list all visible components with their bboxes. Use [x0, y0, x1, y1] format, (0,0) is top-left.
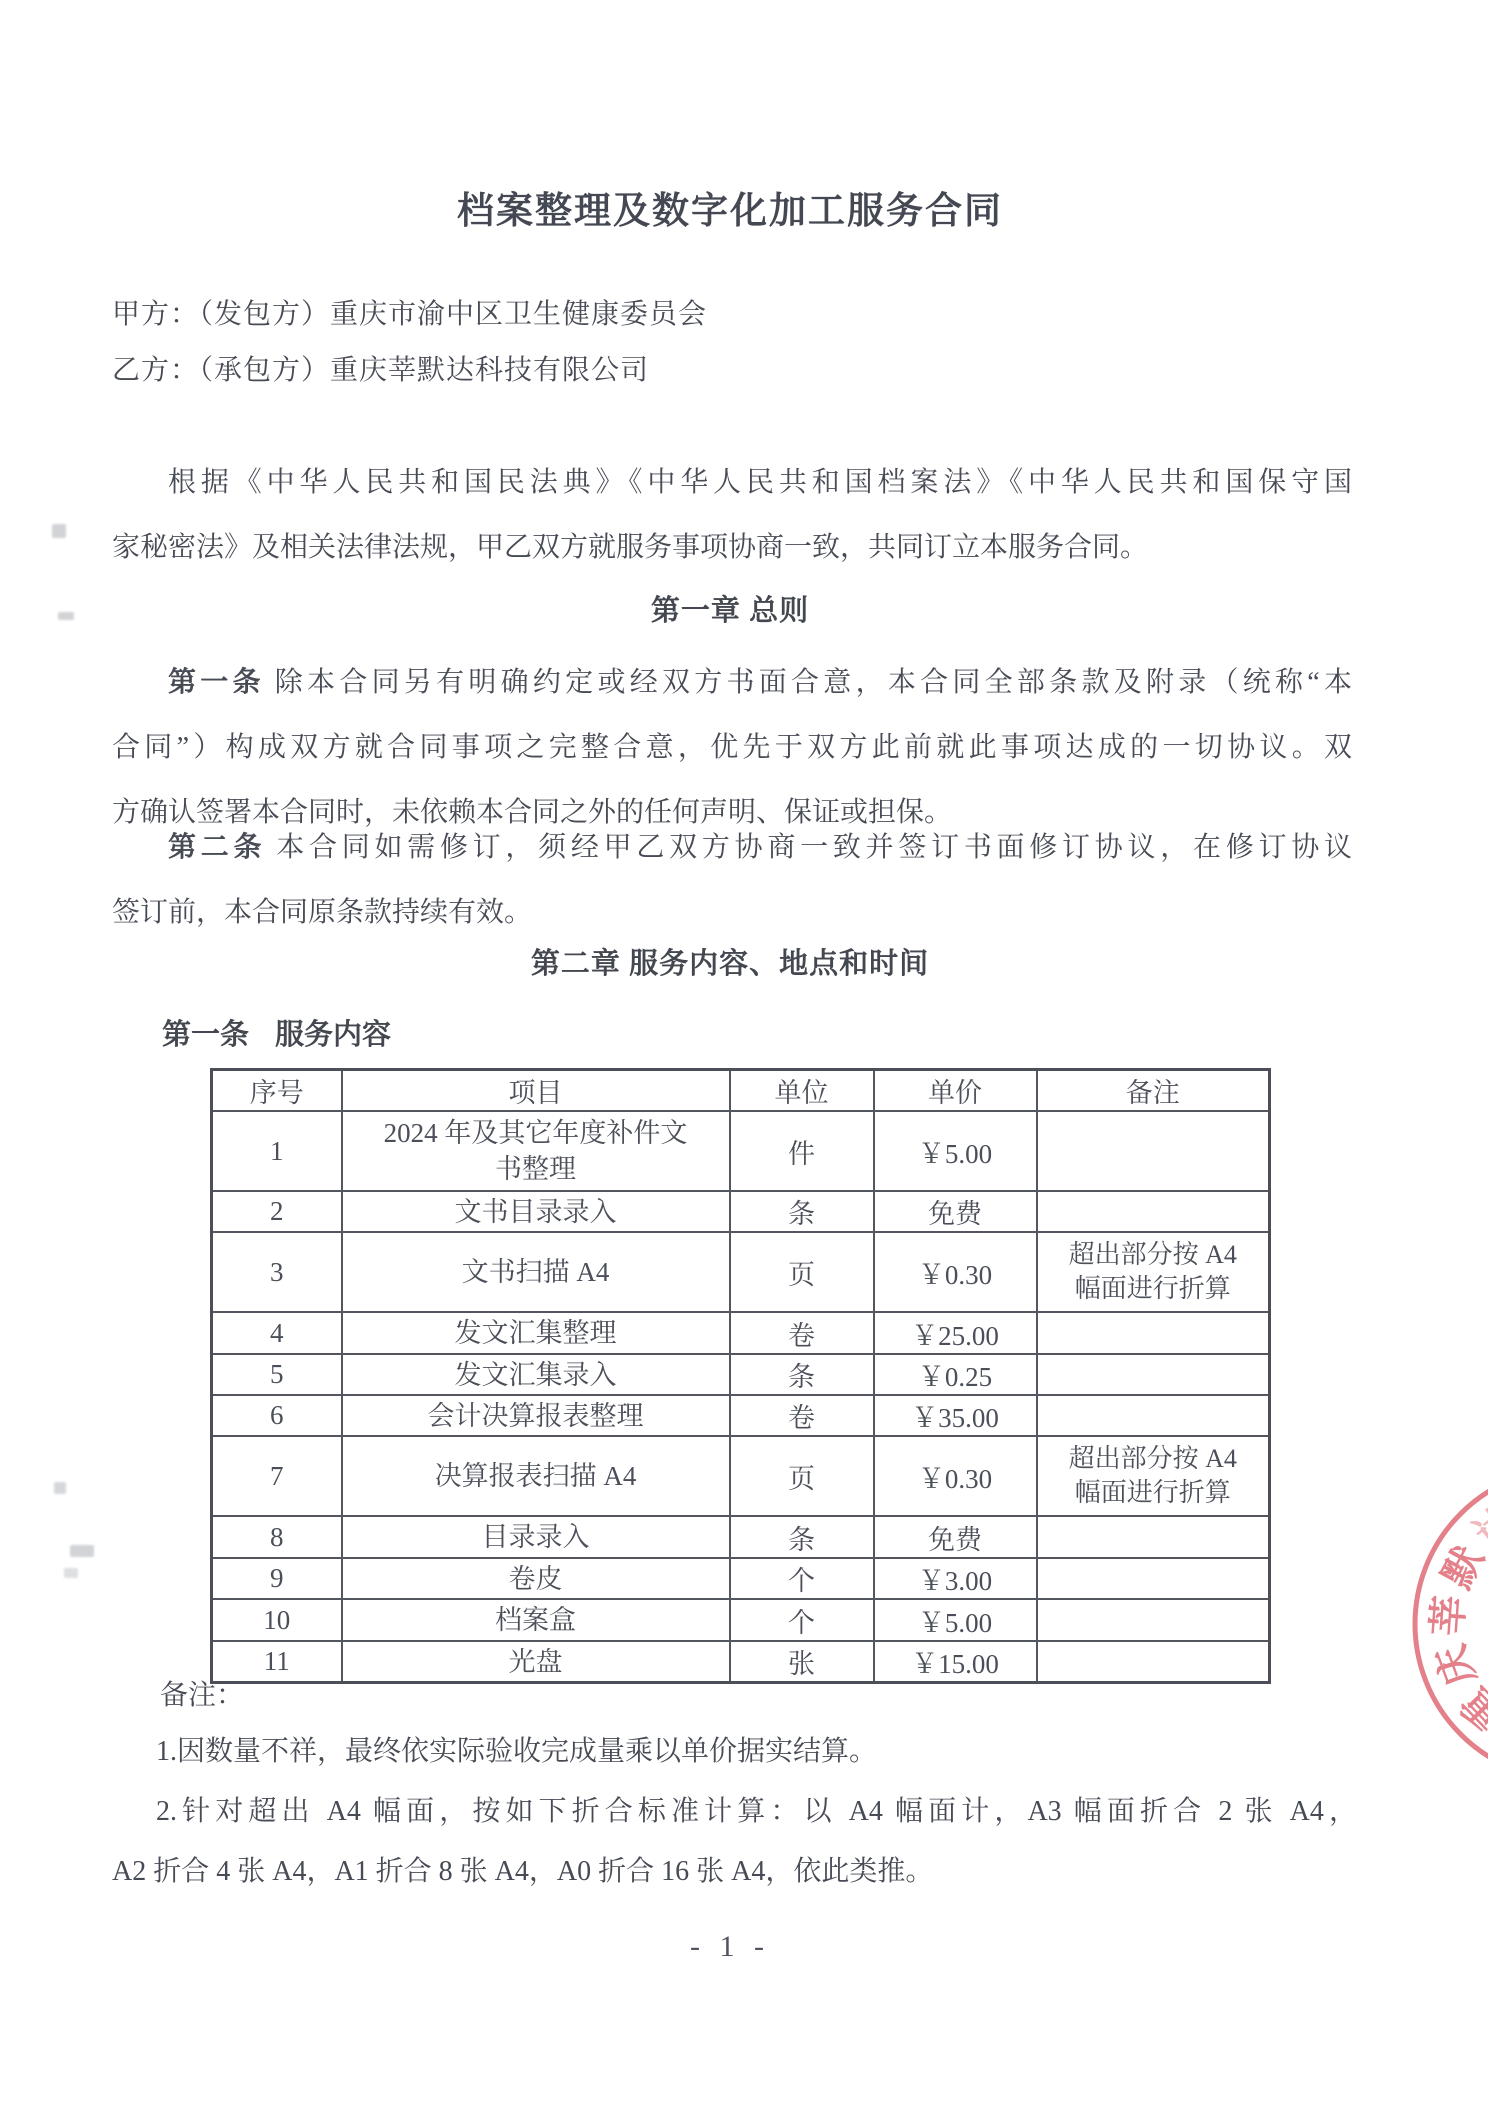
- document-title: 档案整理及数字化加工服务合同: [0, 180, 1460, 234]
- remark-line: 幅面进行折算: [1044, 1272, 1263, 1306]
- cell-price: ￥5.00: [874, 1599, 1037, 1641]
- cell-remark: [1037, 1191, 1270, 1232]
- cell-remark: [1037, 1558, 1270, 1599]
- cell-no: 10: [212, 1599, 342, 1641]
- cell-item: 文书扫描 A4: [342, 1232, 730, 1312]
- cell-remark: 超出部分按 A4幅面进行折算: [1037, 1232, 1270, 1312]
- cell-unit: 条: [730, 1354, 874, 1395]
- cell-no: 5: [212, 1354, 342, 1395]
- header-item: 项目: [342, 1070, 730, 1112]
- item-line: 目录录入: [349, 1519, 723, 1555]
- service-price-table: 序号 项目 单位 单价 备注 1 2024 年及其它年度补件文书整理 件 ￥5.…: [210, 1068, 1271, 1684]
- cell-unit: 件: [730, 1111, 874, 1191]
- item-line: 决算报表扫描 A4: [349, 1458, 723, 1494]
- note-1-paragraph: 1.因数量不祥，最终依实际验收完成量乘以单价据实结算。: [112, 1722, 1357, 1782]
- cell-price: 免费: [874, 1191, 1037, 1232]
- cell-unit: 卷: [730, 1395, 874, 1436]
- table-row: 2 文书目录录入 条 免费: [212, 1191, 1270, 1232]
- service-content-heading: 第一条服务内容: [162, 1016, 391, 1054]
- party-a-line: 甲方：（发包方）重庆市渝中区卫生健康委员会: [112, 295, 1352, 335]
- cell-unit: 个: [730, 1599, 874, 1641]
- cell-price: ￥15.00: [874, 1641, 1037, 1683]
- item-line: 卷皮: [349, 1561, 723, 1597]
- table-header-row: 序号 项目 单位 单价 备注: [212, 1070, 1270, 1112]
- scan-artifact: [58, 612, 74, 620]
- page-number: - 1 -: [0, 1930, 1460, 1964]
- cell-item: 卷皮: [342, 1558, 730, 1599]
- item-line: 2024 年及其它年度补件文: [349, 1115, 723, 1151]
- article1-line-1-text: 除本合同另有明确约定或经双方书面合意，本合同全部条款及附录（统称“本: [275, 667, 1352, 698]
- item-line: 光盘: [349, 1644, 723, 1680]
- chapter1-article2-paragraph: 第二条本合同如需修订，须经甲乙双方协商一致并签订书面修订协议，在修订协议 签订前…: [112, 815, 1352, 945]
- cell-no: 3: [212, 1232, 342, 1312]
- table-row: 11 光盘 张 ￥15.00: [212, 1641, 1270, 1683]
- cell-price: 免费: [874, 1516, 1037, 1558]
- table-row: 1 2024 年及其它年度补件文书整理 件 ￥5.00: [212, 1111, 1270, 1191]
- cell-unit: 个: [730, 1558, 874, 1599]
- table-row: 7 决算报表扫描 A4 页 ￥0.30 超出部分按 A4幅面进行折算: [212, 1436, 1270, 1516]
- cell-item: 光盘: [342, 1641, 730, 1683]
- cell-remark: [1037, 1111, 1270, 1191]
- remark-line: 超出部分按 A4: [1044, 1442, 1263, 1476]
- remark-line: 幅面进行折算: [1044, 1476, 1263, 1510]
- chapter1-heading: 第一章 总则: [0, 592, 1460, 630]
- preamble-line-1: 根据《中华人民共和国民法典》《中华人民共和国档案法》《中华人民共和国保守国: [112, 450, 1352, 515]
- cell-no: 7: [212, 1436, 342, 1516]
- cell-remark: [1037, 1641, 1270, 1683]
- item-line: 发文汇集整理: [349, 1315, 723, 1351]
- cell-item: 决算报表扫描 A4: [342, 1436, 730, 1516]
- stamp-char: 庆: [1428, 1639, 1484, 1692]
- cell-item: 发文汇集录入: [342, 1354, 730, 1395]
- header-unit: 单位: [730, 1070, 874, 1112]
- cell-no: 6: [212, 1395, 342, 1436]
- table-row: 5 发文汇集录入 条 ￥0.25: [212, 1354, 1270, 1395]
- cell-item: 2024 年及其它年度补件文书整理: [342, 1111, 730, 1191]
- cell-price: ￥25.00: [874, 1312, 1037, 1354]
- cell-remark: 超出部分按 A4幅面进行折算: [1037, 1436, 1270, 1516]
- note-2-line-1: 2.针对超出 A4 幅面，按如下折合标准计算：以 A4 幅面计，A3 幅面折合 …: [112, 1782, 1357, 1842]
- table-row: 4 发文汇集整理 卷 ￥25.00: [212, 1312, 1270, 1354]
- remark-line: 超出部分按 A4: [1044, 1238, 1263, 1272]
- cell-price: ￥0.25: [874, 1354, 1037, 1395]
- table-row: 8 目录录入 条 免费: [212, 1516, 1270, 1558]
- cell-unit: 卷: [730, 1312, 874, 1354]
- header-no: 序号: [212, 1070, 342, 1112]
- scan-artifact: [70, 1545, 94, 1557]
- cell-remark: [1037, 1354, 1270, 1395]
- cell-unit: 条: [730, 1516, 874, 1558]
- cell-remark: [1037, 1312, 1270, 1354]
- item-line: 文书目录录入: [349, 1194, 723, 1230]
- article1-line-1: 第一条除本合同另有明确约定或经双方书面合意，本合同全部条款及附录（统称“本: [112, 650, 1352, 715]
- cell-item: 文书目录录入: [342, 1191, 730, 1232]
- item-line: 书整理: [349, 1151, 723, 1187]
- preamble-paragraph: 根据《中华人民共和国民法典》《中华人民共和国档案法》《中华人民共和国保守国 家秘…: [112, 450, 1352, 580]
- table-row: 3 文书扫描 A4 页 ￥0.30 超出部分按 A4幅面进行折算: [212, 1232, 1270, 1312]
- contract-document-page: 档案整理及数字化加工服务合同 甲方：（发包方）重庆市渝中区卫生健康委员会 乙方：…: [0, 0, 1488, 2106]
- article1-label: 第一条: [168, 667, 265, 698]
- article2-line-2: 签订前，本合同原条款持续有效。: [112, 880, 1352, 945]
- note-1-line: 1.因数量不祥，最终依实际验收完成量乘以单价据实结算。: [112, 1722, 1357, 1782]
- scan-artifact: [54, 1482, 66, 1494]
- article2-line-1-text: 本合同如需修订，须经甲乙双方协商一致并签订书面修订协议，在修订协议: [276, 832, 1352, 863]
- table-row: 10 档案盒 个 ￥5.00: [212, 1599, 1270, 1641]
- cell-unit: 页: [730, 1436, 874, 1516]
- cell-unit: 张: [730, 1641, 874, 1683]
- cell-no: 2: [212, 1191, 342, 1232]
- cell-price: ￥0.30: [874, 1232, 1037, 1312]
- scan-artifact: [52, 524, 66, 538]
- article1-line-2: 合同”）构成双方就合同事项之完整合意，优先于双方此前就此事项达成的一切协议。双: [112, 715, 1352, 780]
- notes-label: 备注：: [160, 1678, 244, 1714]
- preamble-line-2: 家秘密法》及相关法律法规，甲乙双方就服务事项协商一致，共同订立本服务合同。: [112, 515, 1352, 580]
- party-b-line: 乙方：（承包方）重庆莘默达科技有限公司: [112, 351, 1352, 391]
- service-article-label: 第一条: [162, 1019, 249, 1051]
- stamp-char: 莘: [1425, 1594, 1473, 1637]
- chapter2-heading: 第二章 服务内容、地点和时间: [0, 945, 1460, 983]
- scan-artifact: [64, 1568, 78, 1578]
- note-2-paragraph: 2.针对超出 A4 幅面，按如下折合标准计算：以 A4 幅面计，A3 幅面折合 …: [112, 1782, 1357, 1902]
- cell-unit: 页: [730, 1232, 874, 1312]
- article2-line-1: 第二条本合同如需修订，须经甲乙双方协商一致并签订书面修订协议，在修订协议: [112, 815, 1352, 880]
- cell-price: ￥35.00: [874, 1395, 1037, 1436]
- header-remark: 备注: [1037, 1070, 1270, 1112]
- cell-no: 11: [212, 1641, 342, 1683]
- cell-price: ￥0.30: [874, 1436, 1037, 1516]
- item-line: 文书扫描 A4: [349, 1254, 723, 1290]
- cell-unit: 条: [730, 1191, 874, 1232]
- cell-no: 1: [212, 1111, 342, 1191]
- cell-no: 9: [212, 1558, 342, 1599]
- item-line: 会计决算报表整理: [349, 1398, 723, 1434]
- cell-item: 发文汇集整理: [342, 1312, 730, 1354]
- cell-no: 8: [212, 1516, 342, 1558]
- cell-price: ￥5.00: [874, 1111, 1037, 1191]
- cell-item: 档案盒: [342, 1599, 730, 1641]
- cell-remark: [1037, 1599, 1270, 1641]
- table-row: 9 卷皮 个 ￥3.00: [212, 1558, 1270, 1599]
- company-seal-stamp: 重 庆 莘 默 达: [1378, 1452, 1488, 1797]
- table-row: 6 会计决算报表整理 卷 ￥35.00: [212, 1395, 1270, 1436]
- note-2-line-2: A2 折合 4 张 A4，A1 折合 8 张 A4，A0 折合 16 张 A4，…: [112, 1842, 1357, 1902]
- header-price: 单价: [874, 1070, 1037, 1112]
- cell-remark: [1037, 1395, 1270, 1436]
- cell-item: 会计决算报表整理: [342, 1395, 730, 1436]
- cell-item: 目录录入: [342, 1516, 730, 1558]
- item-line: 档案盒: [349, 1602, 723, 1638]
- article2-label: 第二条: [168, 832, 266, 863]
- cell-price: ￥3.00: [874, 1558, 1037, 1599]
- stamp-char: 默: [1434, 1539, 1488, 1595]
- service-article-title: 服务内容: [275, 1019, 391, 1051]
- cell-no: 4: [212, 1312, 342, 1354]
- item-line: 发文汇集录入: [349, 1357, 723, 1393]
- cell-remark: [1037, 1516, 1270, 1558]
